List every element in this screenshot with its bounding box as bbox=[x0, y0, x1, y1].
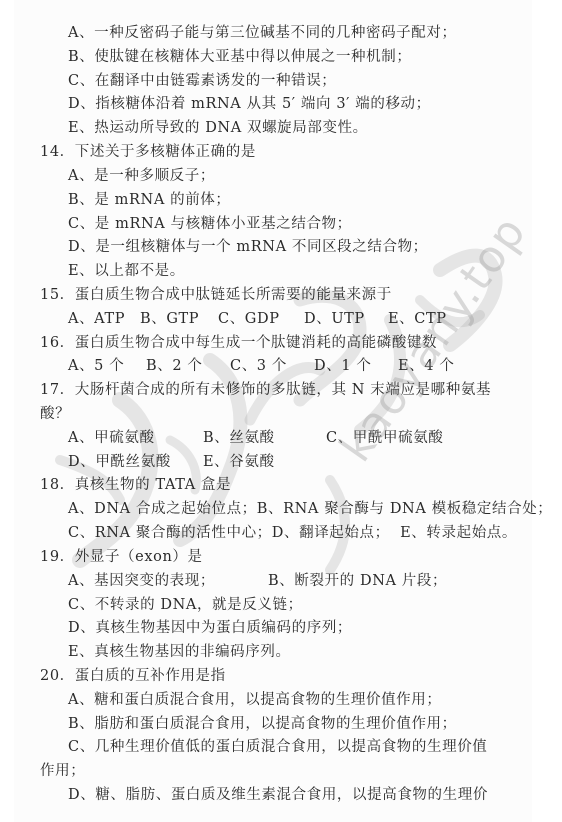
q14-option-d: D、是一组核糖体与一个 mRNA 不同区段之结合物； bbox=[68, 237, 428, 257]
q20-option-c-continued: 作用； bbox=[40, 761, 85, 781]
q16-option-a: A、5 个 bbox=[68, 356, 146, 376]
q19-option-d: D、真核生物基因中为蛋白质编码的序列； bbox=[68, 618, 352, 638]
q13-option-a: A、一种反密码子能与第三位碱基不同的几种密码子配对； bbox=[68, 23, 457, 43]
q16-option-b: B、2 个 bbox=[146, 356, 230, 376]
q18-stem: 18．真核生物的 TATA 盒是 bbox=[40, 475, 231, 495]
q18-options-row2: C、RNA 聚合酶的活性中心；D、翻译起始点； E、转录起始点。 bbox=[68, 523, 517, 543]
q15-option-b: B、GTP bbox=[140, 309, 218, 329]
q20-option-d: D、糖、脂肪、蛋白质及维生素混合食用，以提高食物的生理价 bbox=[68, 785, 488, 805]
q19-option-c: C、不转录的 DNA，就是反义链； bbox=[68, 595, 303, 615]
q19-option-e: E、真核生物基因的非编码序列。 bbox=[68, 642, 291, 662]
q19-option-a: A、基因突变的表现； bbox=[68, 571, 268, 591]
q15-option-e: E、CTP bbox=[388, 309, 447, 329]
q19-stem: 19．外显子（exon）是 bbox=[40, 547, 203, 567]
q13-option-d: D、指核糖体沿着 mRNA 从其 5′ 端向 3′ 端的移动； bbox=[68, 94, 431, 114]
q14-option-e: E、以上都不是。 bbox=[68, 261, 185, 281]
q20-stem: 20．蛋白质的互补作用是指 bbox=[40, 666, 226, 686]
q19-option-b: B、断裂开的 DNA 片段； bbox=[268, 571, 447, 591]
q20-option-a: A、糖和蛋白质混合食用，以提高食物的生理价值作用； bbox=[68, 690, 441, 710]
q19-options-row1: A、基因突变的表现； B、断裂开的 DNA 片段； bbox=[68, 571, 447, 591]
q15-option-a: A、ATP bbox=[68, 309, 140, 329]
q20-option-c: C、几种生理价值低的蛋白质混合食用，以提高食物的生理价值 bbox=[68, 737, 487, 757]
q14-option-b: B、是 mRNA 的前体； bbox=[68, 190, 231, 210]
q17-option-e: E、谷氨酸 bbox=[203, 452, 275, 472]
q13-option-b: B、使肽键在核糖体大亚基中得以伸展之一种机制； bbox=[68, 47, 411, 67]
q17-option-d: D、甲酰丝氨酸 bbox=[68, 452, 203, 472]
q17-options-row2: D、甲酰丝氨酸 E、谷氨酸 bbox=[68, 452, 275, 472]
q15-option-d: D、UTP bbox=[304, 309, 388, 329]
q15-option-c: C、GDP bbox=[218, 309, 304, 329]
q14-option-a: A、是一种多顺反子； bbox=[68, 166, 215, 186]
q13-option-c: C、在翻译中由链霉素诱发的一种错误； bbox=[68, 71, 336, 91]
q13-option-e: E、热运动所导致的 DNA 双螺旋局部变性。 bbox=[68, 118, 368, 138]
q18-options-row1: A、DNA 合成之起始位点；B、RNA 聚合酶与 DNA 模板稳定结合处； bbox=[68, 499, 552, 519]
q17-options-row1: A、甲硫氨酸 B、丝氨酸 C、甲酰甲硫氨酸 bbox=[68, 428, 443, 448]
q16-stem: 16．蛋白质生物合成中每生成一个肽键消耗的高能磷酸键数 bbox=[40, 333, 437, 353]
q16-option-c: C、3 个 bbox=[230, 356, 314, 376]
q15-stem: 15．蛋白质生物合成中肽链延长所需要的能量来源于 bbox=[40, 285, 392, 305]
q15-options: A、ATP B、GTP C、GDP D、UTP E、CTP bbox=[68, 309, 447, 329]
q16-options: A、5 个 B、2 个 C、3 个 D、1 个 E、4 个 bbox=[68, 356, 454, 376]
q17-option-b: B、丝氨酸 bbox=[203, 428, 326, 448]
document-content: A、一种反密码子能与第三位碱基不同的几种密码子配对； B、使肽键在核糖体大亚基中… bbox=[0, 0, 562, 822]
q17-stem-continued: 酸？ bbox=[40, 404, 70, 424]
q17-option-a: A、甲硫氨酸 bbox=[68, 428, 203, 448]
q14-stem: 14．下述关于多核糖体正确的是 bbox=[40, 142, 256, 162]
q14-option-c: C、是 mRNA 与核糖体小亚基之结合物； bbox=[68, 214, 352, 234]
q17-option-c: C、甲酰甲硫氨酸 bbox=[326, 428, 443, 448]
q20-option-b: B、脂肪和蛋白质混合食用，以提高食物的生理价值作用； bbox=[68, 714, 457, 734]
q16-option-e: E、4 个 bbox=[398, 356, 454, 376]
q17-stem: 17．大肠杆菌合成的所有未修饰的多肽链，其 N 末端应是哪种氨基 bbox=[40, 380, 491, 400]
q16-option-d: D、1 个 bbox=[314, 356, 398, 376]
